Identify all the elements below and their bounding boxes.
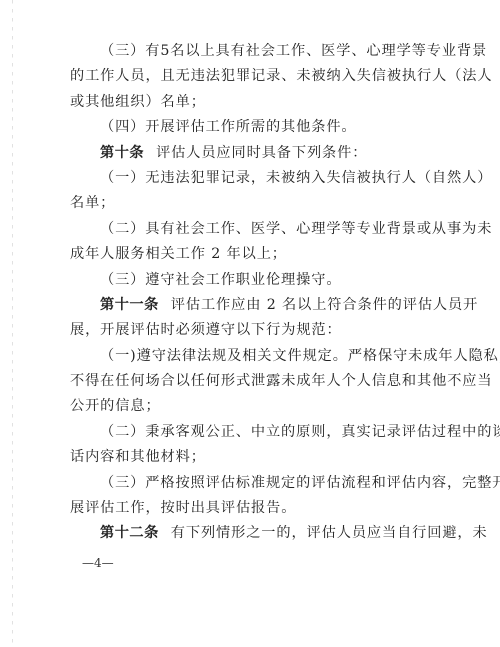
text-line: 成年人服务相关工作 2 年以上； [70,242,430,267]
line-text: （一）无违法犯罪记录，未被纳入失信被执行人（自然人） [100,170,492,186]
line-text: （三）严格按照评估标准规定的评估流程和评估内容，完整开 [100,475,500,491]
page-number: —4— [82,556,114,570]
text-line: 展评估工作，按时出具评估报告。 [70,496,430,521]
line-text: 话内容和其他材料； [70,449,206,465]
line-text: 公开的信息； [70,398,161,414]
text-line: 或其他组织）名单； [70,90,430,115]
text-line: 不得在任何场合以任何形式泄露未成年人个人信息和其他不应当 [70,369,430,394]
text-line: 公开的信息； [70,394,430,419]
text-line: 展，开展评估时必须遵守以下行为规范： [70,318,430,343]
line-text: 的工作人员，且无违法犯罪记录、未被纳入失信被执行人（法人 [70,68,492,84]
line-text: 展评估工作，按时出具评估报告。 [70,500,296,516]
line-text: 不得在任何场合以任何形式泄露未成年人个人信息和其他不应当 [70,373,492,389]
line-text: （二）秉承客观公正、中立的原则，真实记录评估过程中的谈 [100,424,500,440]
text-line: （一)遵守法律法规及相关文件规定。严格保守未成年人隐私， [70,344,430,369]
line-text: （三）有5名以上具有社会工作、医学、心理学等专业背景 [100,43,487,59]
text-line: （三）有5名以上具有社会工作、医学、心理学等专业背景 [70,39,430,64]
line-text: （三）遵守社会工作职业伦理操守。 [100,272,341,288]
article-heading-line: 第十二条有下列情形之一的，评估人员应当自行回避，未 [70,521,430,546]
line-text: 评估工作应由 2 名以上符合条件的评估人员开 [171,297,478,313]
line-text: 有下列情形之一的，评估人员应当自行回避，未 [171,525,488,541]
line-text: （四）开展评估工作所需的其他条件。 [100,119,357,135]
document-body: （三）有5名以上具有社会工作、医学、心理学等专业背景 的工作人员，且无违法犯罪记… [70,39,430,547]
text-line: （二）具有社会工作、医学、心理学等专业背景或从事为未 [70,217,430,242]
article-number: 第十条 [100,145,144,161]
text-line: （三）严格按照评估标准规定的评估流程和评估内容，完整开 [70,471,430,496]
line-text: （一)遵守法律法规及相关文件规定。严格保守未成年人隐私， [100,348,500,364]
line-text: （二）具有社会工作、医学、心理学等专业背景或从事为未 [100,221,492,237]
article-heading-line: 第十一条评估工作应由 2 名以上符合条件的评估人员开 [70,293,430,318]
line-text: 展，开展评估时必须遵守以下行为规范： [70,322,342,338]
line-text: 成年人服务相关工作 2 年以上； [70,246,287,262]
text-line: （三）遵守社会工作职业伦理操守。 [70,268,430,293]
text-line: 话内容和其他材料； [70,445,430,470]
article-heading-line: 第十条评估人员应同时具备下列条件： [70,141,430,166]
text-line: 名单； [70,191,430,216]
article-number: 第十一条 [100,297,159,313]
binding-margin-dots [12,0,13,647]
line-text: 评估人员应同时具备下列条件： [156,145,367,161]
line-text: 名单； [70,195,115,211]
text-line: （一）无违法犯罪记录，未被纳入失信被执行人（自然人） [70,166,430,191]
text-line: （二）秉承客观公正、中立的原则，真实记录评估过程中的谈 [70,420,430,445]
line-text: 或其他组织）名单； [70,94,206,110]
text-line: （四）开展评估工作所需的其他条件。 [70,115,430,140]
article-number: 第十二条 [100,525,159,541]
text-line: 的工作人员，且无违法犯罪记录、未被纳入失信被执行人（法人 [70,64,430,89]
